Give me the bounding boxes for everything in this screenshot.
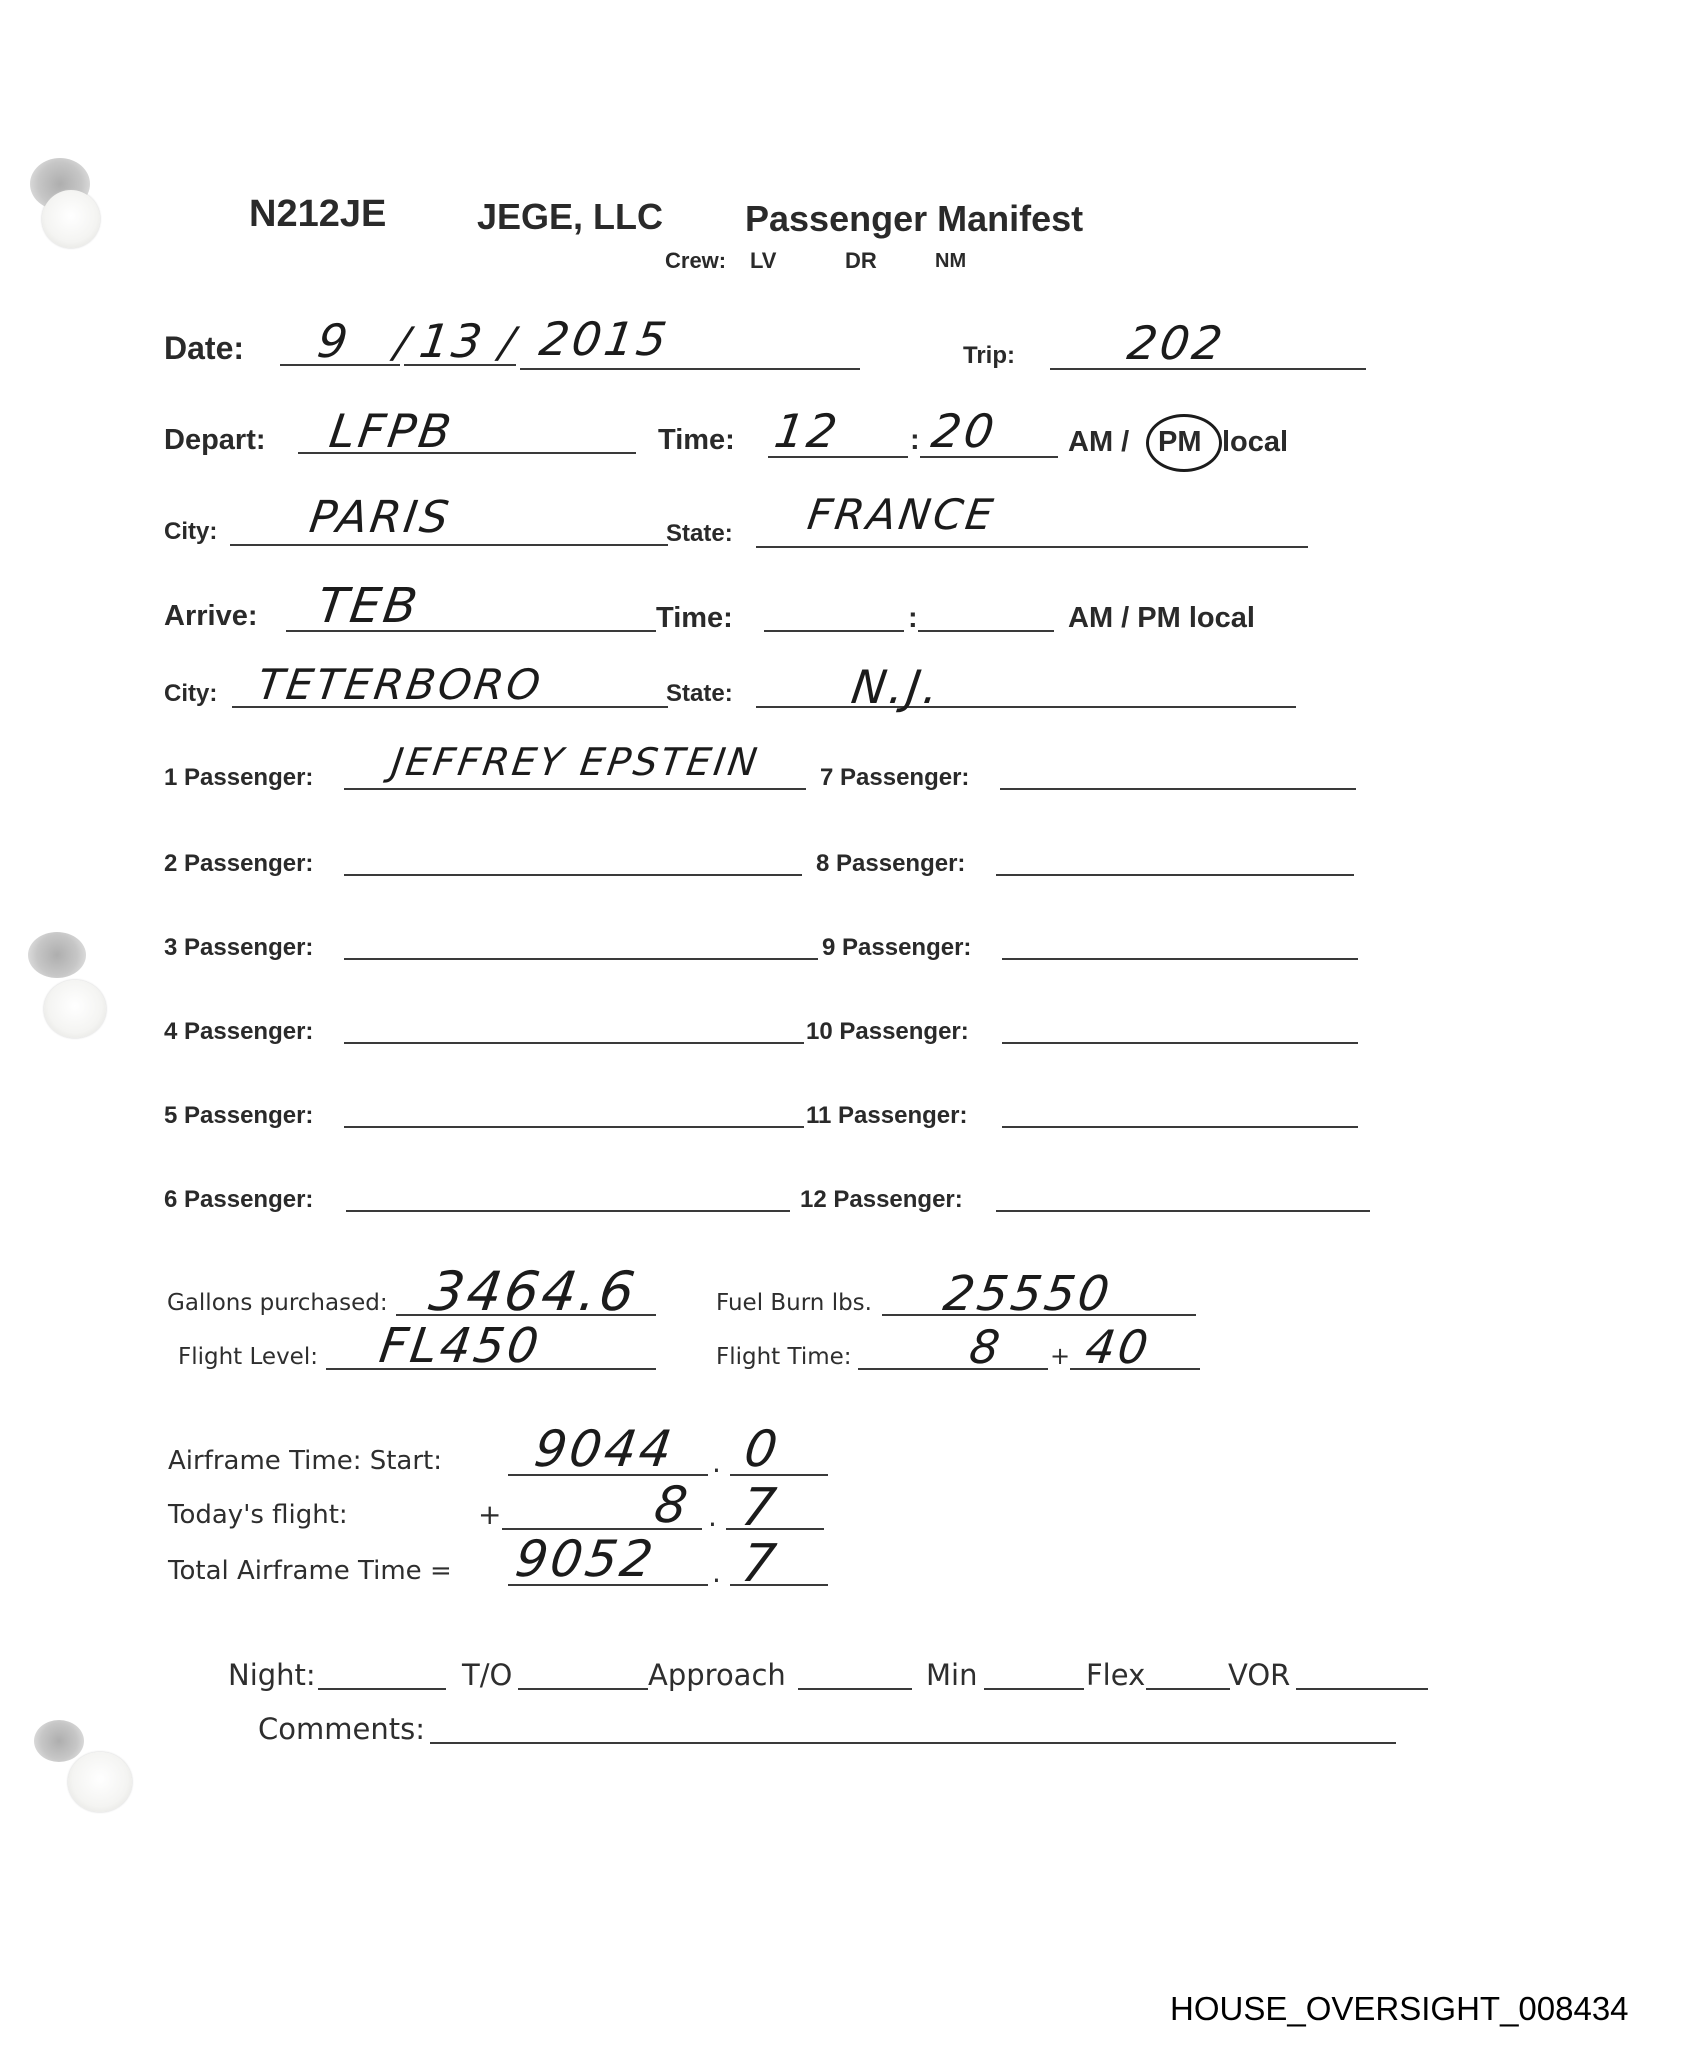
date-day-value[interactable]: 13 [416, 314, 488, 368]
crew-member-2: DR [845, 248, 877, 274]
depart-city-label: City: [164, 518, 217, 546]
gallons-purchased-value[interactable]: 3464.6 [426, 1260, 642, 1323]
date-year-value[interactable]: 2015 [536, 312, 673, 366]
depart-time-min-value[interactable]: 20 [928, 404, 1000, 458]
passenger-5-line[interactable] [344, 1126, 804, 1128]
passenger-4-line[interactable] [344, 1042, 804, 1044]
depart-local-label: local [1222, 426, 1288, 459]
airframe-start-tenth-value[interactable]: 0 [741, 1420, 784, 1478]
passenger-8-line[interactable] [996, 874, 1354, 876]
passenger-11-line[interactable] [1002, 1126, 1358, 1128]
passenger-1-label: 1 Passenger: [164, 764, 313, 792]
comments-label: Comments: [258, 1712, 425, 1746]
trip-label: Trip: [963, 342, 1015, 370]
date-sep-2: / [497, 318, 521, 367]
crew-member-3: NM [935, 250, 966, 273]
passenger-6-label: 6 Passenger: [164, 1186, 313, 1214]
airframe-start-decimal: . [712, 1446, 721, 1479]
date-year-line [520, 368, 860, 370]
date-label: Date: [164, 330, 244, 367]
arrive-airport-value[interactable]: TEB [314, 578, 423, 634]
passenger-12-line[interactable] [996, 1210, 1370, 1212]
passenger-12-label: 12 Passenger: [800, 1186, 963, 1214]
flight-time-minutes-value[interactable]: 40 [1082, 1320, 1154, 1374]
depart-am-option[interactable]: AM / [1068, 426, 1129, 459]
arrive-time-colon: : [908, 602, 918, 635]
gallons-purchased-label: Gallons purchased: [167, 1290, 388, 1316]
arrive-min-line[interactable] [918, 630, 1054, 632]
flight-time-hours-value[interactable]: 8 [966, 1320, 1006, 1374]
arrive-hour-line[interactable] [764, 630, 904, 632]
bates-number: HOUSE_OVERSIGHT_008434 [1170, 1990, 1629, 2028]
arrive-state-label: State: [666, 680, 733, 708]
depart-state-line [756, 546, 1308, 548]
arrive-state-line [756, 706, 1296, 708]
passenger-3-label: 3 Passenger: [164, 934, 313, 962]
passenger-4-label: 4 Passenger: [164, 1018, 313, 1046]
flex-line[interactable] [1146, 1688, 1230, 1690]
arrive-time-label: Time: [656, 602, 733, 635]
pm-selected-circle [1146, 414, 1222, 472]
passenger-3-line[interactable] [344, 958, 818, 960]
night-line[interactable] [318, 1688, 446, 1690]
arrive-city-label: City: [164, 680, 217, 708]
flight-time-label: Flight Time: [716, 1344, 852, 1370]
night-label: Night: [228, 1658, 316, 1692]
vor-line[interactable] [1296, 1688, 1428, 1690]
approach-label: Approach [648, 1658, 786, 1692]
passenger-1-name[interactable]: JEFFREY EPSTEIN [389, 740, 763, 784]
todays-flight-plus: + [478, 1498, 501, 1531]
depart-time-label: Time: [658, 424, 735, 457]
flex-label: Flex [1086, 1658, 1145, 1692]
todays-flight-whole-value[interactable]: 8 [651, 1476, 694, 1534]
punch-hole-top [42, 190, 100, 248]
passenger-1-line [344, 788, 806, 790]
depart-label: Depart: [164, 424, 266, 457]
depart-state-label: State: [666, 520, 733, 548]
passenger-5-label: 5 Passenger: [164, 1102, 313, 1130]
tail-number: N212JE [249, 193, 386, 236]
todays-flight-label: Today's flight: [168, 1500, 348, 1530]
total-airframe-whole-value[interactable]: 9052 [512, 1530, 659, 1588]
todays-flight-decimal: . [708, 1500, 717, 1533]
airframe-start-whole-value[interactable]: 9044 [531, 1420, 678, 1478]
date-sep-1: / [392, 318, 416, 367]
passenger-6-line[interactable] [346, 1210, 790, 1212]
date-month-value[interactable]: 9 [314, 314, 354, 368]
passenger-2-line[interactable] [344, 874, 802, 876]
arrive-city-value[interactable]: TETERBORO [255, 660, 547, 709]
arrive-ampm-local[interactable]: AM / PM local [1068, 602, 1255, 635]
passenger-8-label: 8 Passenger: [816, 850, 965, 878]
comments-line[interactable] [430, 1742, 1396, 1744]
passenger-2-label: 2 Passenger: [164, 850, 313, 878]
passenger-9-line[interactable] [1002, 958, 1358, 960]
crew-member-1: LV [750, 248, 776, 274]
to-label: T/O [462, 1658, 512, 1692]
fuel-burn-value[interactable]: 25550 [940, 1266, 1116, 1322]
flight-time-plus: + [1050, 1342, 1070, 1370]
total-airframe-decimal: . [712, 1556, 721, 1589]
to-line[interactable] [518, 1688, 648, 1690]
crew-label: Crew: [665, 248, 726, 274]
passenger-7-label: 7 Passenger: [820, 764, 969, 792]
form-title: Passenger Manifest [745, 198, 1083, 240]
company-name: JEGE, LLC [477, 196, 663, 238]
flight-time-hours-line [858, 1368, 1048, 1370]
passenger-10-label: 10 Passenger: [806, 1018, 969, 1046]
depart-city-line [230, 544, 668, 546]
depart-city-value[interactable]: PARIS [306, 492, 454, 543]
trip-value[interactable]: 202 [1124, 316, 1228, 370]
airframe-start-label: Airframe Time: Start: [168, 1446, 442, 1476]
flight-level-value[interactable]: FL450 [376, 1318, 545, 1374]
passenger-9-label: 9 Passenger: [822, 934, 971, 962]
vor-label: VOR [1228, 1658, 1290, 1692]
flight-level-label: Flight Level: [178, 1344, 318, 1370]
arrive-label: Arrive: [164, 600, 258, 633]
passenger-10-line[interactable] [1002, 1042, 1358, 1044]
arrive-state-value[interactable]: N.J. [848, 660, 945, 714]
depart-time-hour-value[interactable]: 12 [771, 404, 843, 458]
passenger-7-line[interactable] [1000, 788, 1356, 790]
min-label: Min [926, 1658, 977, 1692]
min-line[interactable] [984, 1688, 1084, 1690]
punch-hole-shadow-bottom [34, 1720, 84, 1762]
punch-hole-bottom [68, 1752, 132, 1812]
depart-time-colon: : [910, 424, 920, 457]
approach-line[interactable] [798, 1688, 912, 1690]
total-airframe-label: Total Airframe Time = [168, 1556, 452, 1586]
depart-state-value[interactable]: FRANCE [805, 490, 999, 539]
depart-airport-value[interactable]: LFPB [326, 404, 457, 458]
passenger-11-label: 11 Passenger: [806, 1102, 967, 1130]
fuel-burn-label: Fuel Burn lbs. [716, 1290, 872, 1316]
punch-hole-middle [44, 980, 106, 1038]
punch-hole-shadow-middle [28, 932, 86, 978]
